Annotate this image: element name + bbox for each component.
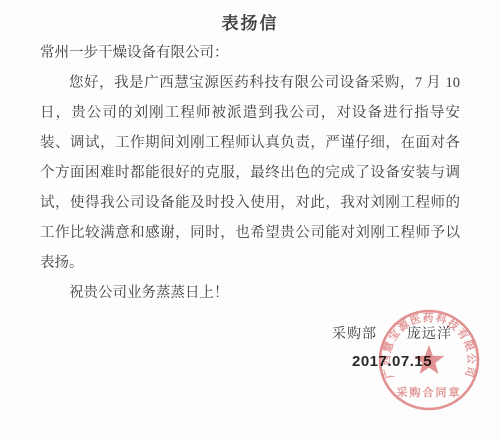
seal-star-icon [414,345,444,374]
letter-title: 表扬信 [0,9,500,34]
seal-company-arc-text: 广西慧宝源医药科技有限公司 [380,311,478,380]
body-paragraph: 您好，我是广西慧宝源医药科技有限公司设备采购，7 月 10 日，贵公司的刘刚工程… [40,68,460,278]
signature-department: 采购部 [332,323,377,343]
recipient-line: 常州一步干燥设备有限公司： [40,38,460,68]
company-seal: 广西慧宝源医药科技有限公司 采购合同章 [377,308,481,412]
letter-body: 常州一步干燥设备有限公司： 您好，我是广西慧宝源医药科技有限公司设备采购，7 月… [40,38,460,308]
seal-caption-text: 采购合同章 [397,385,462,399]
closing-wish-line: 祝贵公司业务蒸蒸日上！ [40,278,460,308]
letter-page: 表扬信 常州一步干燥设备有限公司： 您好，我是广西慧宝源医药科技有限公司设备采购… [0,0,500,441]
